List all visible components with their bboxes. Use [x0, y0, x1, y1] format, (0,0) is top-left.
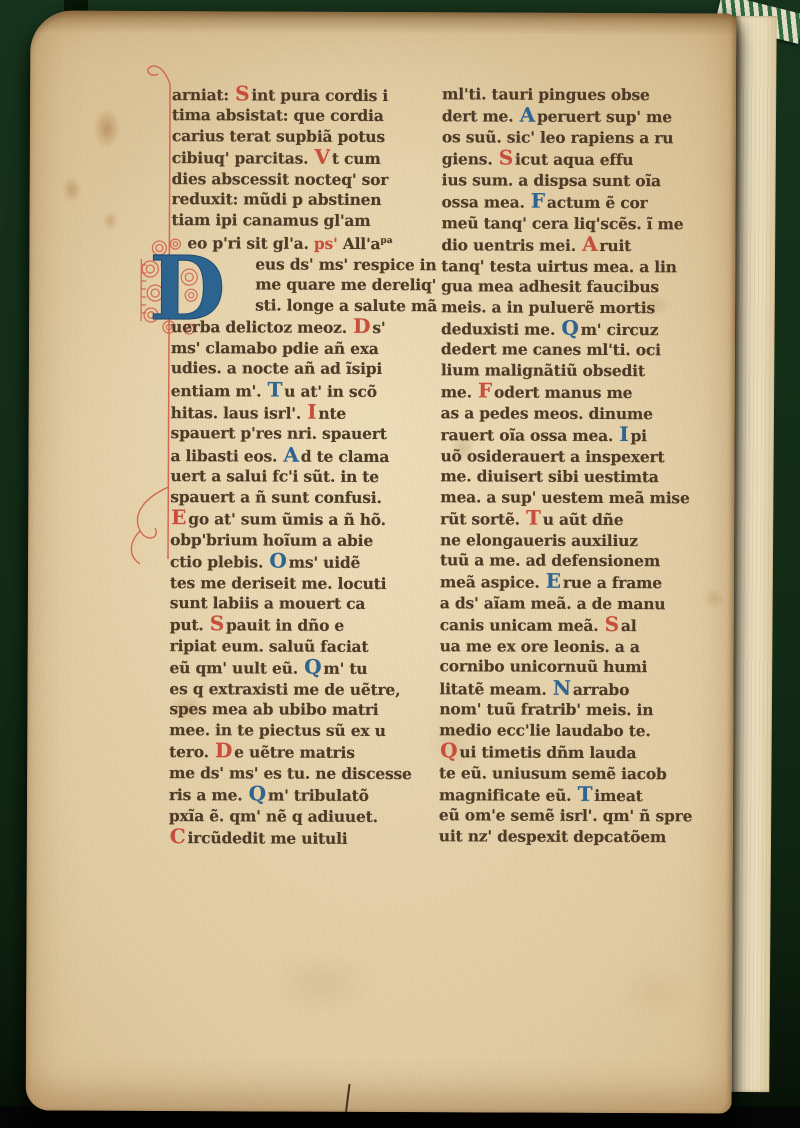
text-line: litatẽ meam. Narrabo	[439, 677, 731, 701]
text-line: tuũ a me. ad defensionem	[440, 550, 732, 572]
text-segment: d te clama	[301, 447, 390, 466]
text-segment: nte	[318, 404, 346, 423]
text-segment: sti. longe a salute mã	[255, 295, 437, 315]
text-line: magnificate eũ. Timeat	[439, 783, 731, 807]
parchment-page: D arniat: Sint pura cordis itima absista…	[26, 10, 737, 1113]
text-segment: me.	[441, 383, 477, 402]
text-segment: arniat:	[172, 85, 234, 104]
text-segment: spauert p'res nri. spauert	[171, 423, 387, 443]
text-line: giens. Sicut aqua effu	[442, 148, 734, 172]
versal-initial: V	[314, 145, 332, 169]
text-segment: odert manus me	[494, 383, 632, 403]
text-segment: sunt labiis a mouert ca	[170, 593, 365, 613]
text-segment: ris a me.	[169, 785, 248, 804]
text-segment: entiam m'.	[171, 381, 267, 400]
versal-initial: Q	[303, 655, 323, 679]
text-line: mee. in te piectus sũ ex u	[169, 720, 439, 742]
text-segment: meis. a in puluerẽ mortis	[441, 297, 655, 317]
text-line: arniat: Sint pura cordis i	[172, 83, 442, 107]
text-column-left: arniat: Sint pura cordis itima absistat:…	[169, 83, 442, 850]
text-segment: me ds' ms' es tu. ne discesse	[169, 763, 412, 783]
text-segment: uerba delictoz meoz.	[171, 317, 352, 337]
text-segment: tanq' testa uirtus mea. a lin	[441, 256, 677, 276]
text-segment: a ds' aĩam meã. a de manu	[440, 593, 666, 613]
text-segment: eũ om'e semẽ isrl'. qm' ñ spre	[439, 806, 692, 826]
text-segment: icut aqua effu	[515, 150, 634, 170]
stain	[246, 935, 396, 1031]
text-line: meã aspice. Erue a frame	[440, 571, 732, 595]
text-line: eũ qm' uult eũ. Qm' tu	[169, 656, 439, 680]
text-line: es q extraxisti me de uẽtre,	[169, 679, 439, 701]
text-line: ua me ex ore leonis. a a	[440, 636, 732, 658]
text-line: hitas. laus isrl'. Inte	[171, 401, 441, 425]
text-segment: ircũdedit me uituli	[187, 828, 347, 848]
text-segment: spes mea ab ubibo matri	[169, 699, 378, 719]
stain	[606, 953, 706, 1033]
text-line: me quare me dereliq'	[171, 274, 441, 296]
text-line: cibiuq' parcitas. Vt cum	[172, 146, 442, 170]
text-segment: dio uentris mei.	[441, 235, 581, 255]
text-line: gua mea adhesit faucibus	[441, 276, 733, 298]
text-segment: ms' clamabo pdie añ exa	[171, 338, 379, 358]
text-segment: tima absistat: que cordia	[172, 106, 384, 126]
text-segment: m' tribulatõ	[268, 786, 369, 805]
text-segment: as a pedes meos. dinume	[441, 403, 653, 423]
text-line: spauert a ñ sunt confusi.	[170, 487, 440, 509]
text-line: eũ om'e semẽ isrl'. qm' ñ spre	[439, 806, 731, 828]
text-segment: actum ẽ cor	[547, 193, 648, 212]
versal-initial: T	[577, 782, 595, 806]
text-segment: mee. in te piectus sũ ex u	[169, 720, 386, 740]
text-segment: tero.	[169, 742, 214, 761]
versal-initial: S	[209, 612, 226, 636]
text-segment: meũ tanq' cera liq'scẽs. ĩ me	[441, 213, 683, 233]
text-segment: tuũ a me. ad defensionem	[440, 550, 660, 570]
text-line: ossa mea. Factum ẽ cor	[442, 191, 734, 215]
versal-initial: S	[604, 612, 621, 636]
text-line: ne elongaueris auxiliuz	[440, 530, 732, 552]
parchment-crack	[345, 1084, 351, 1114]
text-segment: medio ecc'lie laudabo te.	[439, 720, 650, 740]
text-line: me ds' ms' es tu. ne discesse	[169, 763, 439, 785]
versal-initial: T	[525, 506, 543, 530]
text-segment: ps'	[314, 234, 338, 253]
text-segment: dedert me canes ml'ti. oci	[441, 340, 661, 360]
text-line: mea. a sup' uestem meã mise	[440, 487, 732, 509]
text-segment: litatẽ meam.	[439, 679, 551, 698]
text-segment: es q extraxisti me de uẽtre,	[169, 679, 400, 699]
versal-initial: E	[545, 569, 563, 593]
text-line: ctio plebis. Oms' uidẽ	[170, 550, 440, 574]
versal-initial: O	[268, 549, 288, 573]
text-segment: uert a salui fc'i sũt. in te	[170, 466, 379, 486]
text-segment: mea. a sup' uestem meã mise	[440, 487, 689, 507]
text-segment: hitas. laus isrl'.	[171, 403, 307, 423]
text-line: dedert me canes ml'ti. oci	[441, 340, 733, 362]
versal-initial: Q	[248, 782, 268, 806]
text-column-right: ml'ti. tauri pingues obsedert me. Aperue…	[439, 84, 734, 848]
text-segment: ctio plebis.	[170, 552, 269, 571]
text-segment: spauert a ñ sunt confusi.	[170, 487, 381, 507]
text-line: tima absistat: que cordia	[172, 106, 442, 128]
text-line: tero. De uẽtre matris	[169, 740, 439, 764]
text-segment: pa	[380, 236, 392, 246]
versal-initial: C	[169, 824, 188, 848]
text-segment: rauert oĩa ossa mea.	[441, 426, 619, 446]
text-segment: put.	[170, 616, 209, 635]
versal-initial: Q	[560, 316, 580, 340]
text-segment: a libasti eos.	[170, 446, 282, 465]
text-line: dies abscessit nocteq' sor	[172, 169, 442, 191]
text-segment: t cum	[332, 149, 381, 168]
text-segment: pi	[631, 426, 647, 445]
text-segment: uit nz' despexit depcatõem	[439, 826, 666, 846]
versal-initial: F	[530, 189, 547, 213]
text-line: ius sum. a dispsa sunt oĩa	[442, 170, 734, 192]
text-line: reduxit: mũdi p abstinen	[172, 189, 442, 211]
text-segment: me. diuisert sibi uestimta	[440, 466, 658, 486]
text-segment: meã aspice.	[440, 573, 545, 592]
text-line: Qui timetis dñm lauda	[439, 740, 731, 764]
text-line: eo p'ri sit gl'a. ps' All'apa	[171, 230, 441, 255]
text-line: ml'ti. tauri pingues obse	[442, 84, 734, 106]
text-segment: u at' in scõ	[284, 381, 377, 400]
text-segment: me quare me dereliq'	[255, 275, 436, 295]
text-segment: eũ qm' uult eũ.	[169, 658, 303, 678]
versal-initial: A	[282, 442, 300, 466]
text-segment: m' tu	[323, 659, 367, 678]
text-segment: ius sum. a dispsa sunt oĩa	[442, 170, 661, 190]
text-segment: dies abscessit nocteq' sor	[172, 169, 389, 189]
text-line: nom' tuũ fratrib' meis. in	[439, 699, 731, 721]
text-line: ms' clamabo pdie añ exa	[171, 338, 441, 360]
text-line: rauert oĩa ossa mea. Ipi	[441, 424, 733, 448]
text-line: uert a salui fc'i sũt. in te	[170, 466, 440, 488]
text-line: a ds' aĩam meã. a de manu	[440, 593, 732, 615]
text-line: ris a me. Qm' tribulatõ	[169, 783, 439, 807]
text-segment: eo p'ri sit gl'a.	[187, 233, 314, 253]
text-line: entiam m'. Tu at' in scõ	[171, 379, 441, 403]
text-segment: os suũ. sic' leo rapiens a ru	[442, 127, 674, 147]
text-line: dert me. Aperuert sup' me	[442, 105, 734, 129]
versal-initial: Q	[439, 738, 459, 762]
text-segment: udies. a nocte añ ad ĩsipi	[171, 358, 382, 378]
text-segment: int pura cordis i	[251, 85, 388, 105]
text-segment: pauit in dño e	[226, 616, 344, 636]
text-line: meis. a in puluerẽ mortis	[441, 297, 733, 319]
text-line: rũt sortẽ. Tu aũt dñe	[440, 507, 732, 531]
text-line: pxĩa ẽ. qm' nẽ q adiuuet.	[169, 806, 439, 828]
text-line: spes mea ab ubibo matri	[169, 699, 439, 721]
text-segment: al	[621, 616, 637, 635]
text-segment: s'	[372, 318, 385, 337]
text-segment: giens.	[442, 150, 498, 169]
text-line: sti. longe a salute mã	[171, 295, 441, 317]
text-segment: tiam ipi canamus gl'am	[171, 210, 370, 230]
text-line: medio ecc'lie laudabo te.	[439, 720, 731, 742]
versal-initial: N	[552, 675, 573, 699]
text-segment: u aũt dñe	[543, 510, 624, 529]
versal-initial: F	[477, 379, 494, 403]
text-line: as a pedes meos. dinume	[441, 403, 733, 425]
text-segment: imeat	[594, 786, 642, 805]
text-line: carius terat supbiã potus	[172, 126, 442, 148]
versal-initial: E	[170, 505, 188, 529]
versal-initial: D	[352, 314, 372, 338]
text-segment: ruit	[599, 236, 631, 255]
text-line: tanq' testa uirtus mea. a lin	[441, 256, 733, 278]
text-segment: gua mea adhesit faucibus	[441, 276, 659, 296]
text-segment: ml'ti. tauri pingues obse	[442, 84, 650, 104]
text-line: Ego at' sum ũmis a ñ hõ.	[170, 507, 440, 531]
stain	[58, 171, 86, 209]
text-segment: ui timetis dñm lauda	[459, 742, 636, 762]
text-segment: rũt sortẽ.	[440, 509, 525, 528]
text-segment: e uẽtre matris	[234, 743, 355, 763]
text-segment: canis unicam meã.	[440, 616, 604, 636]
text-line: os suũ. sic' leo rapiens a ru	[442, 127, 734, 149]
text-segment: ossa mea.	[442, 193, 530, 212]
text-line: Circũdedit me uituli	[169, 826, 439, 850]
text-segment: ua me ex ore leonis. a a	[440, 636, 640, 656]
text-segment: arrabo	[573, 680, 629, 699]
text-line: spauert p'res nri. spauert	[171, 423, 441, 445]
text-segment: carius terat supbiã potus	[172, 126, 385, 146]
text-segment: eus ds' ms' respice in	[255, 254, 436, 274]
text-line: a libasti eos. Ad te clama	[170, 444, 440, 468]
text-line: eus ds' ms' respice in	[171, 254, 441, 276]
text-segment: reduxit: mũdi p abstinen	[172, 189, 382, 209]
text-segment: obp'brium hoĩum a abie	[170, 530, 373, 550]
versal-initial: S	[498, 146, 515, 170]
text-segment: cornibo unicornuũ humi	[440, 656, 648, 676]
text-line: uõ osiderauert a inspexert	[440, 446, 732, 468]
text-segment: te eũ. uniusum semẽ iacob	[439, 763, 667, 783]
versal-initial: T	[266, 377, 284, 401]
text-line: udies. a nocte añ ad ĩsipi	[171, 358, 441, 380]
versal-initial: D	[214, 738, 234, 762]
text-line: canis unicam meã. Sal	[440, 614, 732, 638]
versal-initial: A	[519, 103, 537, 127]
text-line: uit nz' despexit depcatõem	[439, 826, 731, 848]
text-segment: nom' tuũ fratrib' meis. in	[439, 699, 653, 719]
text-line: obp'brium hoĩum a abie	[170, 530, 440, 552]
text-line: me. Fodert manus me	[441, 381, 733, 405]
text-line: uerba delictoz meoz. Ds'	[171, 315, 441, 339]
text-segment: peruert sup' me	[537, 107, 672, 127]
text-segment: magnificate eũ.	[439, 785, 577, 805]
text-segment: pxĩa ẽ. qm' nẽ q adiuuet.	[169, 806, 378, 826]
text-line: cornibo unicornuũ humi	[439, 656, 731, 678]
text-line: dio uentris mei. Aruit	[441, 233, 733, 257]
text-segment: ripiat eum. saluũ faciat	[170, 636, 369, 656]
text-segment: go at' sum ũmis a ñ hõ.	[188, 509, 386, 529]
text-segment: tes me deriseit me. locuti	[170, 573, 387, 593]
text-line: tiam ipi canamus gl'am	[171, 210, 441, 232]
text-segment: cibiuq' parcitas.	[172, 148, 314, 168]
text-segment: lium malignãtiũ obsedit	[441, 360, 645, 380]
text-segment: dert me.	[442, 107, 519, 126]
text-segment: ne elongaueris auxiliuz	[440, 530, 638, 550]
versal-initial: A	[581, 232, 599, 256]
text-segment: ms' uidẽ	[289, 553, 361, 572]
versal-initial: I	[618, 422, 630, 446]
versal-initial: I	[306, 400, 318, 424]
text-line: tes me deriseit me. locuti	[170, 573, 440, 595]
text-segment: All'a	[338, 234, 381, 253]
text-line: put. Spauit in dño e	[170, 614, 440, 638]
text-line: me. diuisert sibi uestimta	[440, 466, 732, 488]
text-segment: deduxisti me.	[441, 319, 560, 339]
text-segment: uõ osiderauert a inspexert	[440, 446, 664, 466]
versal-initial: S	[234, 81, 251, 105]
text-segment: rue a frame	[563, 573, 662, 592]
text-line: deduxisti me. Qm' circuz	[441, 317, 733, 341]
text-segment: m' circuz	[581, 320, 659, 339]
